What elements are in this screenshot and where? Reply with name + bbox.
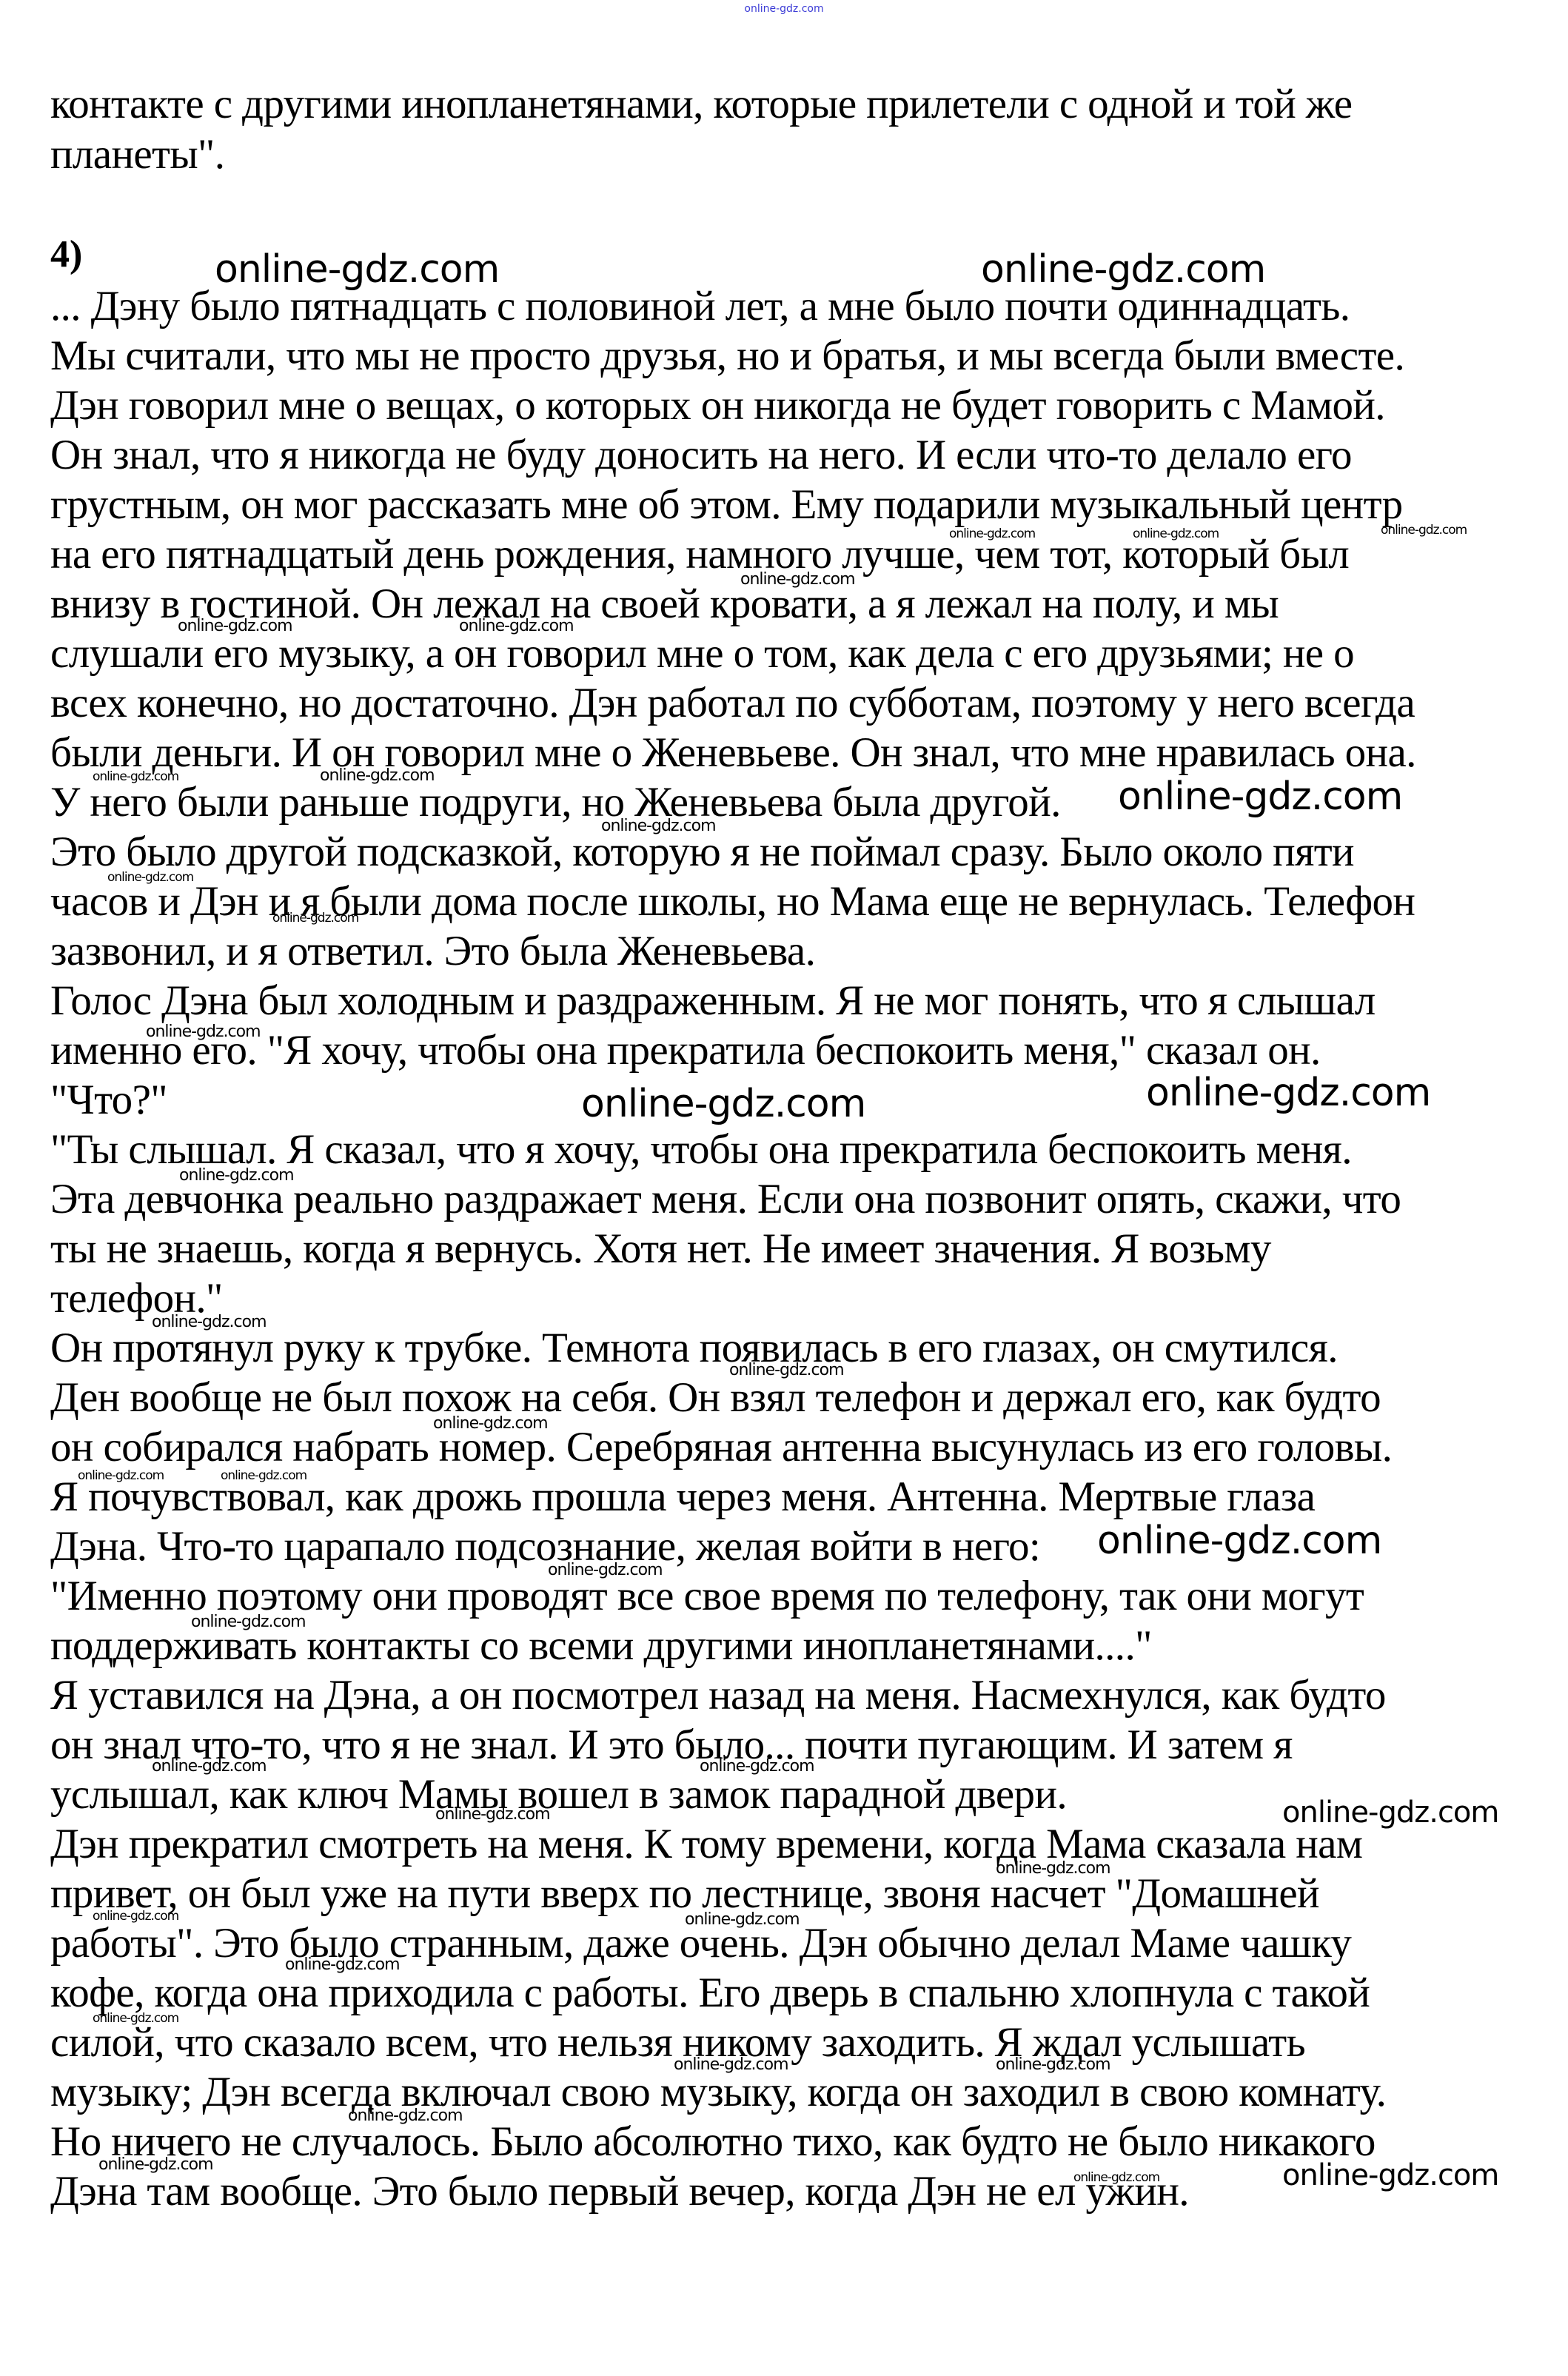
text-line: он собирался набрать номер. Серебряная а… — [50, 1426, 1392, 1468]
watermark: online-gdz.com — [152, 1314, 267, 1331]
text-line: Дэн говорил мне о вещах, о которых он ни… — [50, 384, 1385, 426]
text-line: контакте с другими инопланетянами, котор… — [50, 83, 1353, 125]
text-line: были деньги. И он говорил мне о Женевьев… — [50, 732, 1416, 774]
text-line: Я уставился на Дэна, а он посмотрел наза… — [50, 1674, 1386, 1716]
text-line: Мы считали, что мы не просто друзья, но … — [50, 335, 1404, 377]
section-number: 4) — [50, 235, 82, 274]
watermark: online-gdz.com — [348, 2108, 463, 2124]
text-line: У него были раньше подруги, но Женевьева… — [50, 781, 1061, 823]
watermark: online-gdz.com — [78, 1470, 164, 1482]
text-line: Голос Дэна был холодным и раздраженным. … — [50, 980, 1376, 1022]
text-line: услышал, как ключ Мамы вошел в замок пар… — [50, 1773, 1067, 1816]
text-line: кофе, когда она приходила с работы. Его … — [50, 1972, 1370, 2014]
watermark: online-gdz.com — [107, 871, 193, 884]
watermark: online-gdz.com — [146, 1024, 261, 1040]
text-line: Он протянул руку к трубке. Темнота появи… — [50, 1327, 1338, 1369]
text-line: Дэн прекратил смотреть на меня. К тому в… — [50, 1823, 1362, 1865]
text-line: зазвонил, и я ответил. Это была Женевьев… — [50, 930, 815, 972]
watermark: online-gdz.com — [320, 768, 435, 784]
text-line: Дэна там вообще. Это было первый вечер, … — [50, 2170, 1189, 2212]
watermark: online-gdz.com — [1073, 2172, 1159, 2184]
watermark: online-gdz.com — [1146, 1074, 1430, 1112]
watermark: online-gdz.com — [215, 250, 499, 289]
watermark: online-gdz.com — [191, 1614, 306, 1630]
text-line: часов и Дэн и я были дома после школы, н… — [50, 880, 1415, 923]
watermark: online-gdz.com — [93, 771, 178, 783]
watermark: online-gdz.com — [1282, 2161, 1498, 2190]
watermark: online-gdz.com — [93, 2012, 178, 2025]
text-line: Ден вообще не был похож на себя. Он взял… — [50, 1376, 1381, 1419]
text-line: Но ничего не случалось. Было абсолютно т… — [50, 2121, 1376, 2163]
watermark: online-gdz.com — [285, 1957, 400, 1973]
watermark: online-gdz.com — [685, 1912, 800, 1928]
text-line: музыку; Дэн всегда включал свою музыку, … — [50, 2071, 1386, 2113]
watermark: online-gdz.com — [435, 1807, 550, 1823]
watermark: online-gdz.com — [548, 1562, 663, 1579]
text-line: ты не знаешь, когда я вернусь. Хотя нет.… — [50, 1228, 1271, 1270]
watermark: online-gdz.com — [152, 1758, 267, 1775]
watermark: online-gdz.com — [949, 528, 1035, 541]
watermark: online-gdz.com — [1381, 524, 1467, 537]
watermark: online-gdz.com — [178, 618, 292, 635]
watermark: online-gdz.com — [601, 818, 716, 834]
text-line: Он знал, что я никогда не буду доносить … — [50, 434, 1352, 476]
watermark: online-gdz.com — [581, 1085, 865, 1123]
watermark: online-gdz.com — [740, 572, 855, 588]
watermark: online-gdz.com — [674, 2057, 788, 2073]
watermark: online-gdz.com — [221, 1470, 306, 1482]
text-line: "Именно поэтому они проводят все свое вр… — [50, 1575, 1364, 1617]
watermark: online-gdz.com — [996, 2057, 1110, 2073]
watermark: online-gdz.com — [93, 1910, 178, 1923]
watermark: online-gdz.com — [1118, 777, 1402, 816]
text-line: слушали его музыку, а он говорил мне о т… — [50, 632, 1354, 675]
text-line: всех конечно, но достаточно. Дэн работал… — [50, 682, 1415, 724]
watermark: online-gdz.com — [700, 1758, 814, 1775]
watermark: online-gdz.com — [1097, 1522, 1381, 1560]
text-line: планеты". — [50, 133, 224, 175]
watermark: online-gdz.com — [1282, 1798, 1498, 1827]
watermark: online-gdz.com — [98, 2157, 213, 2173]
text-line: привет, он был уже на пути вверх по лест… — [50, 1873, 1319, 1915]
watermark: online-gdz.com — [459, 618, 574, 635]
text-line: грустным, он мог рассказать мне об этом.… — [50, 483, 1403, 526]
text-line: Это было другой подсказкой, которую я не… — [50, 831, 1354, 873]
watermark: online-gdz.com — [179, 1168, 294, 1184]
watermark: online-gdz.com — [272, 912, 358, 925]
text-line: "Ты слышал. Я сказал, что я хочу, чтобы … — [50, 1128, 1352, 1171]
watermark: online-gdz.com — [1133, 528, 1219, 541]
watermark: online-gdz.com — [729, 1362, 844, 1379]
text-line: Дэна. Что-то царапало подсознание, желая… — [50, 1525, 1040, 1567]
watermark: online-gdz.com — [433, 1416, 548, 1432]
text-line: "Что?" — [50, 1079, 167, 1121]
document-page: контакте с другими инопланетянами, котор… — [0, 0, 1568, 2376]
watermark: online-gdz.com — [996, 1861, 1110, 1877]
watermark: online-gdz.com — [981, 250, 1265, 289]
